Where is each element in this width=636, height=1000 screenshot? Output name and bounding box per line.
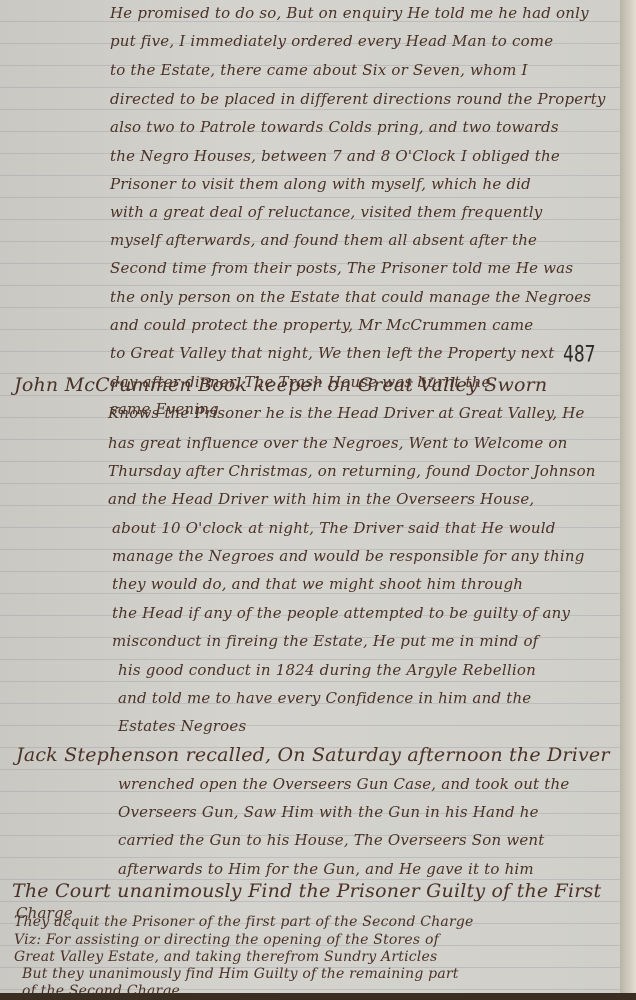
manuscript-line: Thursday after Christmas, on returning, … bbox=[108, 462, 596, 480]
manuscript-line: misconduct in fireing the Estate, He put… bbox=[112, 632, 538, 650]
manuscript-line: to Great Valley that night, We then left… bbox=[110, 344, 554, 362]
manuscript-page: He promised to do so, But on enquiry He … bbox=[0, 0, 620, 995]
manuscript-line: manage the Negroes and would be responsi… bbox=[112, 547, 585, 565]
manuscript-line: Overseers Gun, Saw Him with the Gun in h… bbox=[118, 803, 539, 821]
manuscript-line: the Head if any of the people attempted … bbox=[112, 604, 570, 622]
manuscript-line: the only person on the Estate that could… bbox=[110, 288, 591, 306]
manuscript-line: John McCrummen Book keeper on Great Vall… bbox=[14, 374, 547, 396]
manuscript-line: Viz: For assisting or directing the open… bbox=[14, 932, 439, 948]
manuscript-line: to the Estate, there came about Six or S… bbox=[110, 61, 528, 79]
bottom-edge bbox=[0, 993, 636, 1000]
manuscript-line: wrenched open the Overseers Gun Case, an… bbox=[118, 775, 569, 793]
manuscript-line: Knows the Prisoner he is the Head Driver… bbox=[108, 404, 585, 422]
manuscript-line: Prisoner to visit them along with myself… bbox=[110, 175, 531, 193]
folio-number-stamp: 487 bbox=[563, 341, 596, 367]
manuscript-line: and the Head Driver with him in the Over… bbox=[108, 490, 534, 508]
manuscript-line: They acquit the Prisoner of the first pa… bbox=[14, 914, 474, 930]
manuscript-line: with a great deal of reluctance, visited… bbox=[110, 203, 542, 221]
manuscript-line: they would do, and that we might shoot h… bbox=[112, 575, 523, 593]
page-edge bbox=[620, 0, 636, 1000]
manuscript-line: myself afterwards, and found them all ab… bbox=[110, 231, 537, 249]
manuscript-line: But they unanimously find Him Guilty of … bbox=[22, 966, 459, 982]
manuscript-line: put five, I immediately ordered every He… bbox=[110, 32, 553, 50]
manuscript-line: carried the Gun to his House, The Overse… bbox=[118, 831, 545, 849]
manuscript-line: The Court unanimously Find the Prisoner … bbox=[12, 880, 601, 902]
manuscript-line: Estates Negroes bbox=[118, 717, 246, 735]
manuscript-line: has great influence over the Negroes, We… bbox=[108, 434, 568, 452]
manuscript-line: also two to Patrole towards Colds pring,… bbox=[110, 118, 559, 136]
manuscript-line: He promised to do so, But on enquiry He … bbox=[110, 4, 589, 22]
manuscript-line: directed to be placed in different direc… bbox=[110, 90, 606, 108]
manuscript-line: and could protect the property, Mr McCru… bbox=[110, 316, 533, 334]
manuscript-line: and told me to have every Confidence in … bbox=[118, 689, 531, 707]
manuscript-line: Jack Stephenson recalled, On Saturday af… bbox=[16, 744, 610, 766]
manuscript-line: afterwards to Him for the Gun, and He ga… bbox=[118, 860, 534, 878]
manuscript-line: the Negro Houses, between 7 and 8 O'Cloc… bbox=[110, 147, 560, 165]
manuscript-line: his good conduct in 1824 during the Argy… bbox=[118, 661, 536, 679]
manuscript-line: Great Valley Estate, and taking therefro… bbox=[14, 949, 437, 965]
manuscript-line: about 10 O'clock at night, The Driver sa… bbox=[112, 519, 556, 537]
manuscript-line: Second time from their posts, The Prison… bbox=[110, 259, 573, 277]
